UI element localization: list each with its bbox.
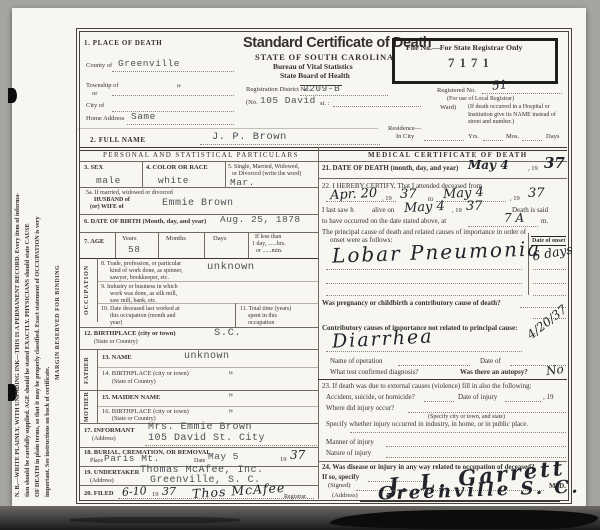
to-19: , 19: [510, 196, 520, 203]
registered-no-note: (For use of Local Registrar): [447, 96, 514, 102]
spouse-label-1: 5a. If married, widowed or divorced: [86, 190, 173, 196]
rule: [112, 71, 234, 72]
mother-birthplace-value: ": [228, 409, 234, 419]
full-name-label: 2. FULL NAME: [90, 137, 146, 144]
file-box-label: File No.—For State Registrar Only: [406, 44, 522, 52]
to-year-value: 37: [528, 187, 545, 201]
informant-name-value: Mrs. Emmie Brown: [148, 423, 252, 434]
birthplace-label: 12. BIRTHPLACE (city or town): [84, 331, 176, 338]
place-of-death-heading: 1. PLACE OF DEATH: [84, 40, 162, 47]
burial-date-label: Date: [194, 458, 205, 464]
rule: [97, 367, 318, 368]
residence-in-city-label: In City: [396, 134, 414, 141]
state-line: STATE OF SOUTH CAROLINA: [255, 53, 394, 62]
date-of-death-19: , 19: [528, 166, 538, 173]
q23-nature-label: Nature of injury: [326, 450, 371, 457]
father-birthplace-sub: (State of Country): [112, 379, 156, 385]
sex-value: male: [96, 176, 121, 186]
mother-maiden-name-value: ": [228, 393, 234, 403]
registration-district-label: Registration District No.: [246, 87, 310, 94]
margin-note-line3: OF DEATH in plain terms, so that it may …: [35, 35, 42, 497]
cell-divider: [235, 303, 236, 327]
date-of-death-year: 37: [544, 156, 565, 172]
informant-address-value: 105 David St. City: [148, 434, 265, 445]
rule: [533, 295, 566, 296]
registered-no-label: Registered No.: [437, 88, 476, 95]
county-value: Greenville: [118, 59, 180, 69]
file-number-stamp: 7171: [448, 56, 494, 70]
age-less-label-2: 1 day, ......hrs.: [252, 241, 286, 247]
operation-name-label: Name of operation: [330, 358, 382, 365]
cell-divider: [97, 258, 98, 322]
q23-manner-label: Manner of injury: [326, 439, 374, 446]
rule: [326, 201, 396, 202]
rule: [533, 269, 566, 270]
filed-label: 20. FILED: [84, 491, 114, 498]
rule: [360, 500, 560, 502]
cell-divider: [142, 161, 143, 187]
occ11-label-3: occupation: [248, 320, 274, 326]
occ9-label-2: work was done, as silk mill,: [110, 291, 177, 297]
bureau-line: Bureau of Vital Statistics: [273, 63, 353, 71]
birthplace-value: S.C.: [214, 328, 241, 339]
residence-label: Residence—: [388, 126, 421, 133]
city-label: City of: [86, 103, 104, 110]
rule: [468, 226, 538, 227]
spouse-value: Emmie Brown: [162, 199, 234, 210]
cell-divider: [158, 232, 159, 258]
age-years-value: 58: [128, 245, 140, 255]
rule: [80, 447, 318, 448]
sex-label: 3. SEX: [84, 165, 103, 172]
township-value: ": [176, 84, 182, 94]
filed-date-value: 6-10: [122, 485, 147, 498]
color-race-value: white: [158, 176, 189, 186]
rule: [408, 412, 566, 413]
rule: [533, 283, 566, 284]
dob-value: Aug. 25, 1878: [220, 215, 301, 225]
cell-divider: [248, 232, 249, 258]
rule: [482, 93, 562, 94]
township-label: Township of: [86, 83, 119, 90]
last-saw-label-2: alive on: [372, 207, 394, 214]
signed-label: (Signed): [328, 483, 350, 490]
rule: [80, 327, 318, 328]
ward-label: Ward): [440, 105, 456, 112]
father-side-label: FATHER: [84, 350, 90, 390]
occ8-value: unknown: [207, 262, 255, 273]
undertaker-label: 19. UNDERTAKER: [84, 470, 139, 477]
rule: [80, 147, 567, 148]
age-months-label: Months: [166, 236, 186, 243]
last-saw-label-1: I last saw h: [322, 207, 354, 214]
rule: [318, 379, 567, 380]
occ11-label-2: spent in this: [248, 313, 277, 319]
occ8-label-1: 8. Trade, profession, or particular: [101, 261, 181, 267]
occupation-side-label: OCCUPATION: [84, 260, 90, 320]
father-name-value: unknown: [184, 352, 230, 363]
rule: [80, 390, 318, 391]
occ11-label-1: 11. Total time (years): [240, 306, 291, 312]
autopsy-answer-value: No: [545, 363, 564, 378]
spouse-label-3: (or) WIFE of: [90, 204, 124, 210]
rule: [398, 365, 470, 366]
occ9-label-1: 9. Industry or business in which: [101, 284, 178, 290]
q24-if-so-label: If so, specify: [322, 474, 359, 481]
margin-note-line2: tion should be carefully supplied. AGE s…: [25, 35, 32, 497]
rule: [326, 351, 522, 352]
informant-sub-label: (Address): [92, 436, 116, 442]
address-label: (Address): [332, 493, 358, 500]
q23-date-injury-label: Date of injury: [458, 394, 497, 401]
cell-divider: [204, 232, 205, 258]
mother-birthplace-label: 16. BIRTHPLACE (city or town): [102, 409, 189, 416]
test-confirmed-label: What test confirmed diagnosis?: [330, 369, 418, 376]
personal-section-heading: PERSONAL AND STATISTICAL PARTICULARS: [103, 152, 299, 159]
rule: [326, 295, 522, 296]
scan-artifact: [70, 517, 240, 523]
or-label: or: [92, 91, 97, 98]
occ8-label-2: kind of work done, as spinner,: [110, 268, 183, 274]
rule: [78, 128, 378, 129]
marital-label-1: 5. Single, Married, Widowed,: [228, 164, 299, 170]
informant-label: 17. INFORMANT: [84, 428, 135, 435]
filed-year-value: 37: [162, 486, 176, 498]
q23-19-label: , 19: [543, 394, 554, 401]
undertaker-sub-label: (Address): [90, 478, 114, 484]
residence-mos-label: Mos.: [506, 134, 519, 141]
pregnancy-question-label: Was pregnancy or childbirth a contributo…: [322, 300, 501, 307]
age-less-label-3: or ......min.: [256, 248, 282, 254]
birthplace-sub-label: (State or Country): [94, 339, 138, 345]
rule: [80, 187, 318, 188]
q23-where-label: Where did injury occur?: [326, 405, 394, 412]
rule: [127, 124, 234, 125]
rule: [424, 401, 454, 402]
scan-artifact: [330, 510, 598, 529]
margin-note-line4: important. See instructions on back of c…: [45, 260, 52, 497]
mother-side-label: MOTHER: [84, 391, 90, 423]
rule: [483, 140, 503, 141]
occ10-label-1: 10. Date deceased last worked at: [101, 306, 180, 312]
rule: [80, 349, 318, 350]
registration-district-value: 2209-B: [303, 84, 340, 94]
cell-divider: [225, 161, 226, 187]
rule: [80, 258, 318, 259]
color-race-label: 4. COLOR OR RACE: [146, 165, 208, 172]
occurred-m-label: m.: [541, 218, 548, 225]
column-divider: [318, 147, 319, 499]
cell-divider: [115, 232, 116, 258]
home-address-value: Same: [131, 112, 156, 122]
father-birthplace-value: ": [228, 371, 234, 381]
rule: [326, 269, 522, 270]
last-saw-19: , 19: [452, 208, 462, 215]
rule: [350, 432, 566, 433]
q23-specify-industry-label: Specify whether injury occurred in indus…: [326, 421, 528, 428]
last-saw-year-value: 37: [466, 200, 483, 214]
rule: [522, 140, 542, 141]
residence-days-label: Days: [546, 134, 559, 141]
home-address-label: Home Address: [86, 116, 124, 123]
father-name-label: 13. NAME: [102, 355, 132, 362]
board-line: State Board of Health: [280, 72, 350, 80]
registrar-label: Registrar.: [284, 494, 307, 500]
street-suffix-label: st. :: [320, 101, 329, 108]
rule: [112, 95, 234, 96]
occurred-label: to have occurred on the date stated abov…: [322, 218, 446, 225]
burial-year-value: 37: [290, 449, 305, 462]
age-less-label-1: If less than: [255, 234, 281, 240]
dob-label: 6. DATE OF BIRTH (Month, day, and year): [84, 219, 206, 226]
age-years-label: Years: [122, 236, 137, 243]
rule: [326, 283, 522, 284]
rule: [424, 140, 464, 141]
street-no-value: 105 David: [260, 96, 316, 106]
full-name-value: J. P. Brown: [212, 132, 287, 143]
date-of-death-label: 21. DATE OF DEATH (month, day, and year): [322, 165, 458, 172]
occurred-time-value: 7 A: [504, 212, 524, 225]
mother-maiden-name-label: 15. MAIDEN NAME: [102, 395, 160, 402]
street-no-label: (No.: [246, 100, 258, 107]
spouse-label-2: HUSBAND of: [94, 197, 130, 203]
date-of-death-value: May 4: [468, 159, 509, 172]
burial-place-value: Paris Mt.: [104, 454, 160, 464]
occ10-label-2: this occupation (month and: [110, 313, 176, 319]
age-label: 7. AGE: [84, 239, 104, 246]
autopsy-question-label: Was there an autopsy?: [460, 369, 528, 376]
burial-date-value: May 5: [208, 452, 239, 462]
margin-note-line1: N. B.—WRITE PLAINLY, WITH UNFADING INK—T…: [15, 35, 22, 497]
cell-divider: [97, 349, 98, 390]
rule: [145, 445, 317, 446]
burial-year-prefix: 19: [280, 457, 287, 464]
q23-accident-label: Accident, suicide, or homicide?: [326, 394, 415, 401]
rule: [97, 406, 318, 407]
last-saw-date-value: May 4: [404, 200, 445, 216]
rule: [333, 106, 421, 107]
registered-no-value: 51: [491, 78, 508, 92]
age-days-label: Days: [213, 236, 226, 243]
rule: [97, 303, 318, 304]
rule: [318, 178, 567, 179]
residence-yrs-label: Yrs.: [468, 134, 479, 141]
county-label: County of: [86, 63, 112, 70]
margin-binding-note: MARGIN RESERVED FOR BINDING: [55, 120, 61, 380]
rule: [200, 144, 380, 145]
father-birthplace-label: 14. BIRTHPLACE (city or town): [102, 371, 189, 378]
occ10-label-3: year): [110, 320, 122, 326]
q23-heading: 23. If death was due to external causes …: [322, 383, 532, 390]
rule: [505, 401, 541, 402]
hospital-note: (If death occurred in a Hospital or Inst…: [468, 104, 568, 127]
operation-date-label: Date of: [480, 358, 501, 365]
burial-place-label: Place: [90, 458, 103, 464]
rule: [97, 281, 318, 282]
rule: [386, 446, 566, 447]
